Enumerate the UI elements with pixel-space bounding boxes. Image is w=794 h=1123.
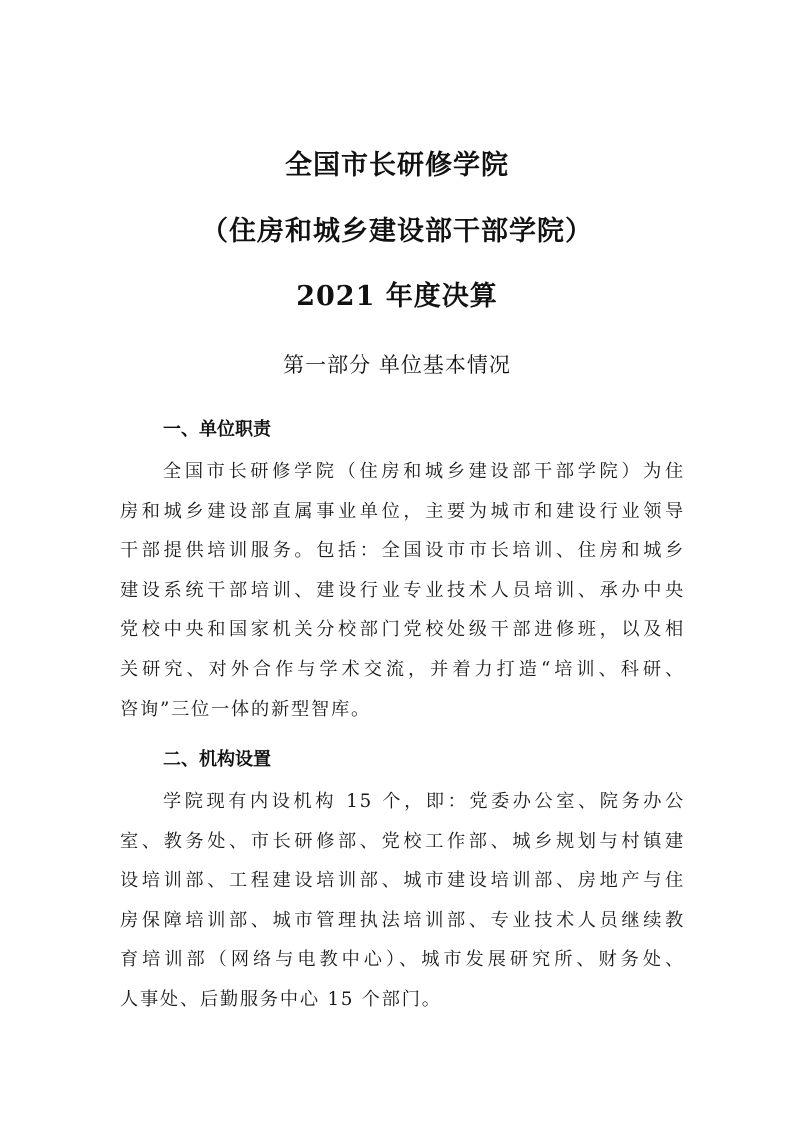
paragraph-line: 干部提供培训服务。包括：全国设市市长培训、住房和城乡 bbox=[120, 531, 685, 571]
paragraph-line: 咨询”三位一体的新型智库。 bbox=[120, 690, 685, 730]
paragraph-line: 室、教务处、市长研修部、党校工作部、城乡规划与村镇建 bbox=[120, 822, 685, 862]
paragraph-line: 全国市长研修学院（住房和城乡建设部干部学院）为住 bbox=[120, 452, 685, 492]
paragraph-line: 学院现有内设机构 15 个，即：党委办公室、院务办公 bbox=[120, 782, 685, 822]
section-body-responsibilities: 全国市长研修学院（住房和城乡建设部干部学院）为住 房和城乡建设部直属事业单位，主… bbox=[120, 452, 685, 729]
document-title-line-2: （住房和城乡建设部干部学院） bbox=[0, 212, 794, 252]
paragraph-line: 人事处、后勤服务中心 15 个部门。 bbox=[120, 980, 685, 1020]
section-heading-organization: 二、机构设置 bbox=[163, 746, 271, 774]
paragraph-line: 关研究、对外合作与学术交流，并着力打造“培训、科研、 bbox=[120, 650, 685, 690]
paragraph-line: 党校中央和国家机关分校部门党校处级干部进修班，以及相 bbox=[120, 610, 685, 650]
paragraph-line: 建设系统干部培训、建设行业专业技术人员培训、承办中央 bbox=[120, 571, 685, 611]
document-page: 全国市长研修学院 （住房和城乡建设部干部学院） 2021 年度决算 第一部分 单… bbox=[0, 0, 794, 1123]
section-heading-responsibilities: 一、单位职责 bbox=[163, 416, 271, 444]
document-title-line-3: 2021 年度决算 bbox=[0, 277, 794, 317]
paragraph-line: 设培训部、工程建设培训部、城市建设培训部、房地产与住 bbox=[120, 861, 685, 901]
paragraph-line: 房保障培训部、城市管理执法培训部、专业技术人员继续教 bbox=[120, 901, 685, 941]
document-title-line-1: 全国市长研修学院 bbox=[0, 146, 794, 186]
paragraph-line: 房和城乡建设部直属事业单位，主要为城市和建设行业领导 bbox=[120, 492, 685, 532]
section-body-organization: 学院现有内设机构 15 个，即：党委办公室、院务办公 室、教务处、市长研修部、党… bbox=[120, 782, 685, 1020]
part-heading: 第一部分 单位基本情况 bbox=[0, 349, 794, 381]
paragraph-line: 育培训部（网络与电教中心）、城市发展研究所、财务处、 bbox=[120, 940, 685, 980]
